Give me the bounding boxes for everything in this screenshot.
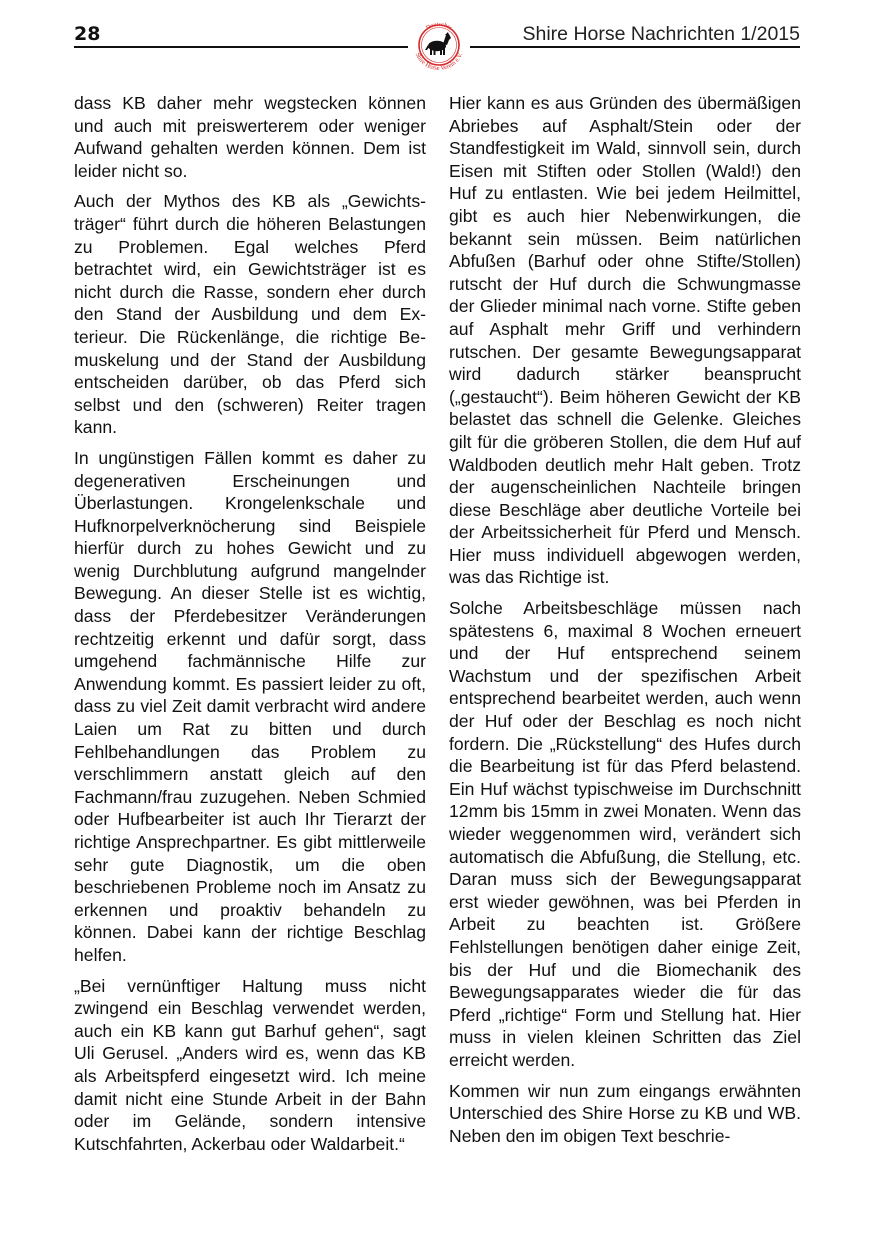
paragraph: Hier kann es aus Gründen des übermä­ßige… bbox=[449, 92, 801, 589]
page-number: 28 bbox=[74, 23, 100, 45]
text-column-right: Hier kann es aus Gründen des übermä­ßige… bbox=[449, 92, 801, 1155]
paragraph: Solche Arbeitsbeschläge müssen nach spät… bbox=[449, 597, 801, 1071]
paragraph: In ungünstigen Fällen kommt es daher zu … bbox=[74, 447, 426, 967]
paragraph: Auch der Mythos des KB als „Gewichts­trä… bbox=[74, 190, 426, 439]
shire-horse-logo-icon: Deutscher Shire Horse Verein e.V. bbox=[408, 14, 470, 76]
header-rule-right bbox=[470, 46, 800, 48]
text-column-left: dass KB daher mehr wegstecken können und… bbox=[74, 92, 426, 1163]
paragraph: dass KB daher mehr wegstecken können und… bbox=[74, 92, 426, 182]
paragraph: „Bei vernünftiger Haltung muss nicht zwi… bbox=[74, 975, 426, 1156]
page-header: 28 Deutscher Shire Horse Verein e.V. bbox=[74, 20, 800, 80]
paragraph: Kommen wir nun zum eingangs erwähn­ten U… bbox=[449, 1080, 801, 1148]
header-rule-left bbox=[74, 46, 408, 48]
journal-title: Shire Horse Nachrichten 1/2015 bbox=[523, 23, 801, 46]
